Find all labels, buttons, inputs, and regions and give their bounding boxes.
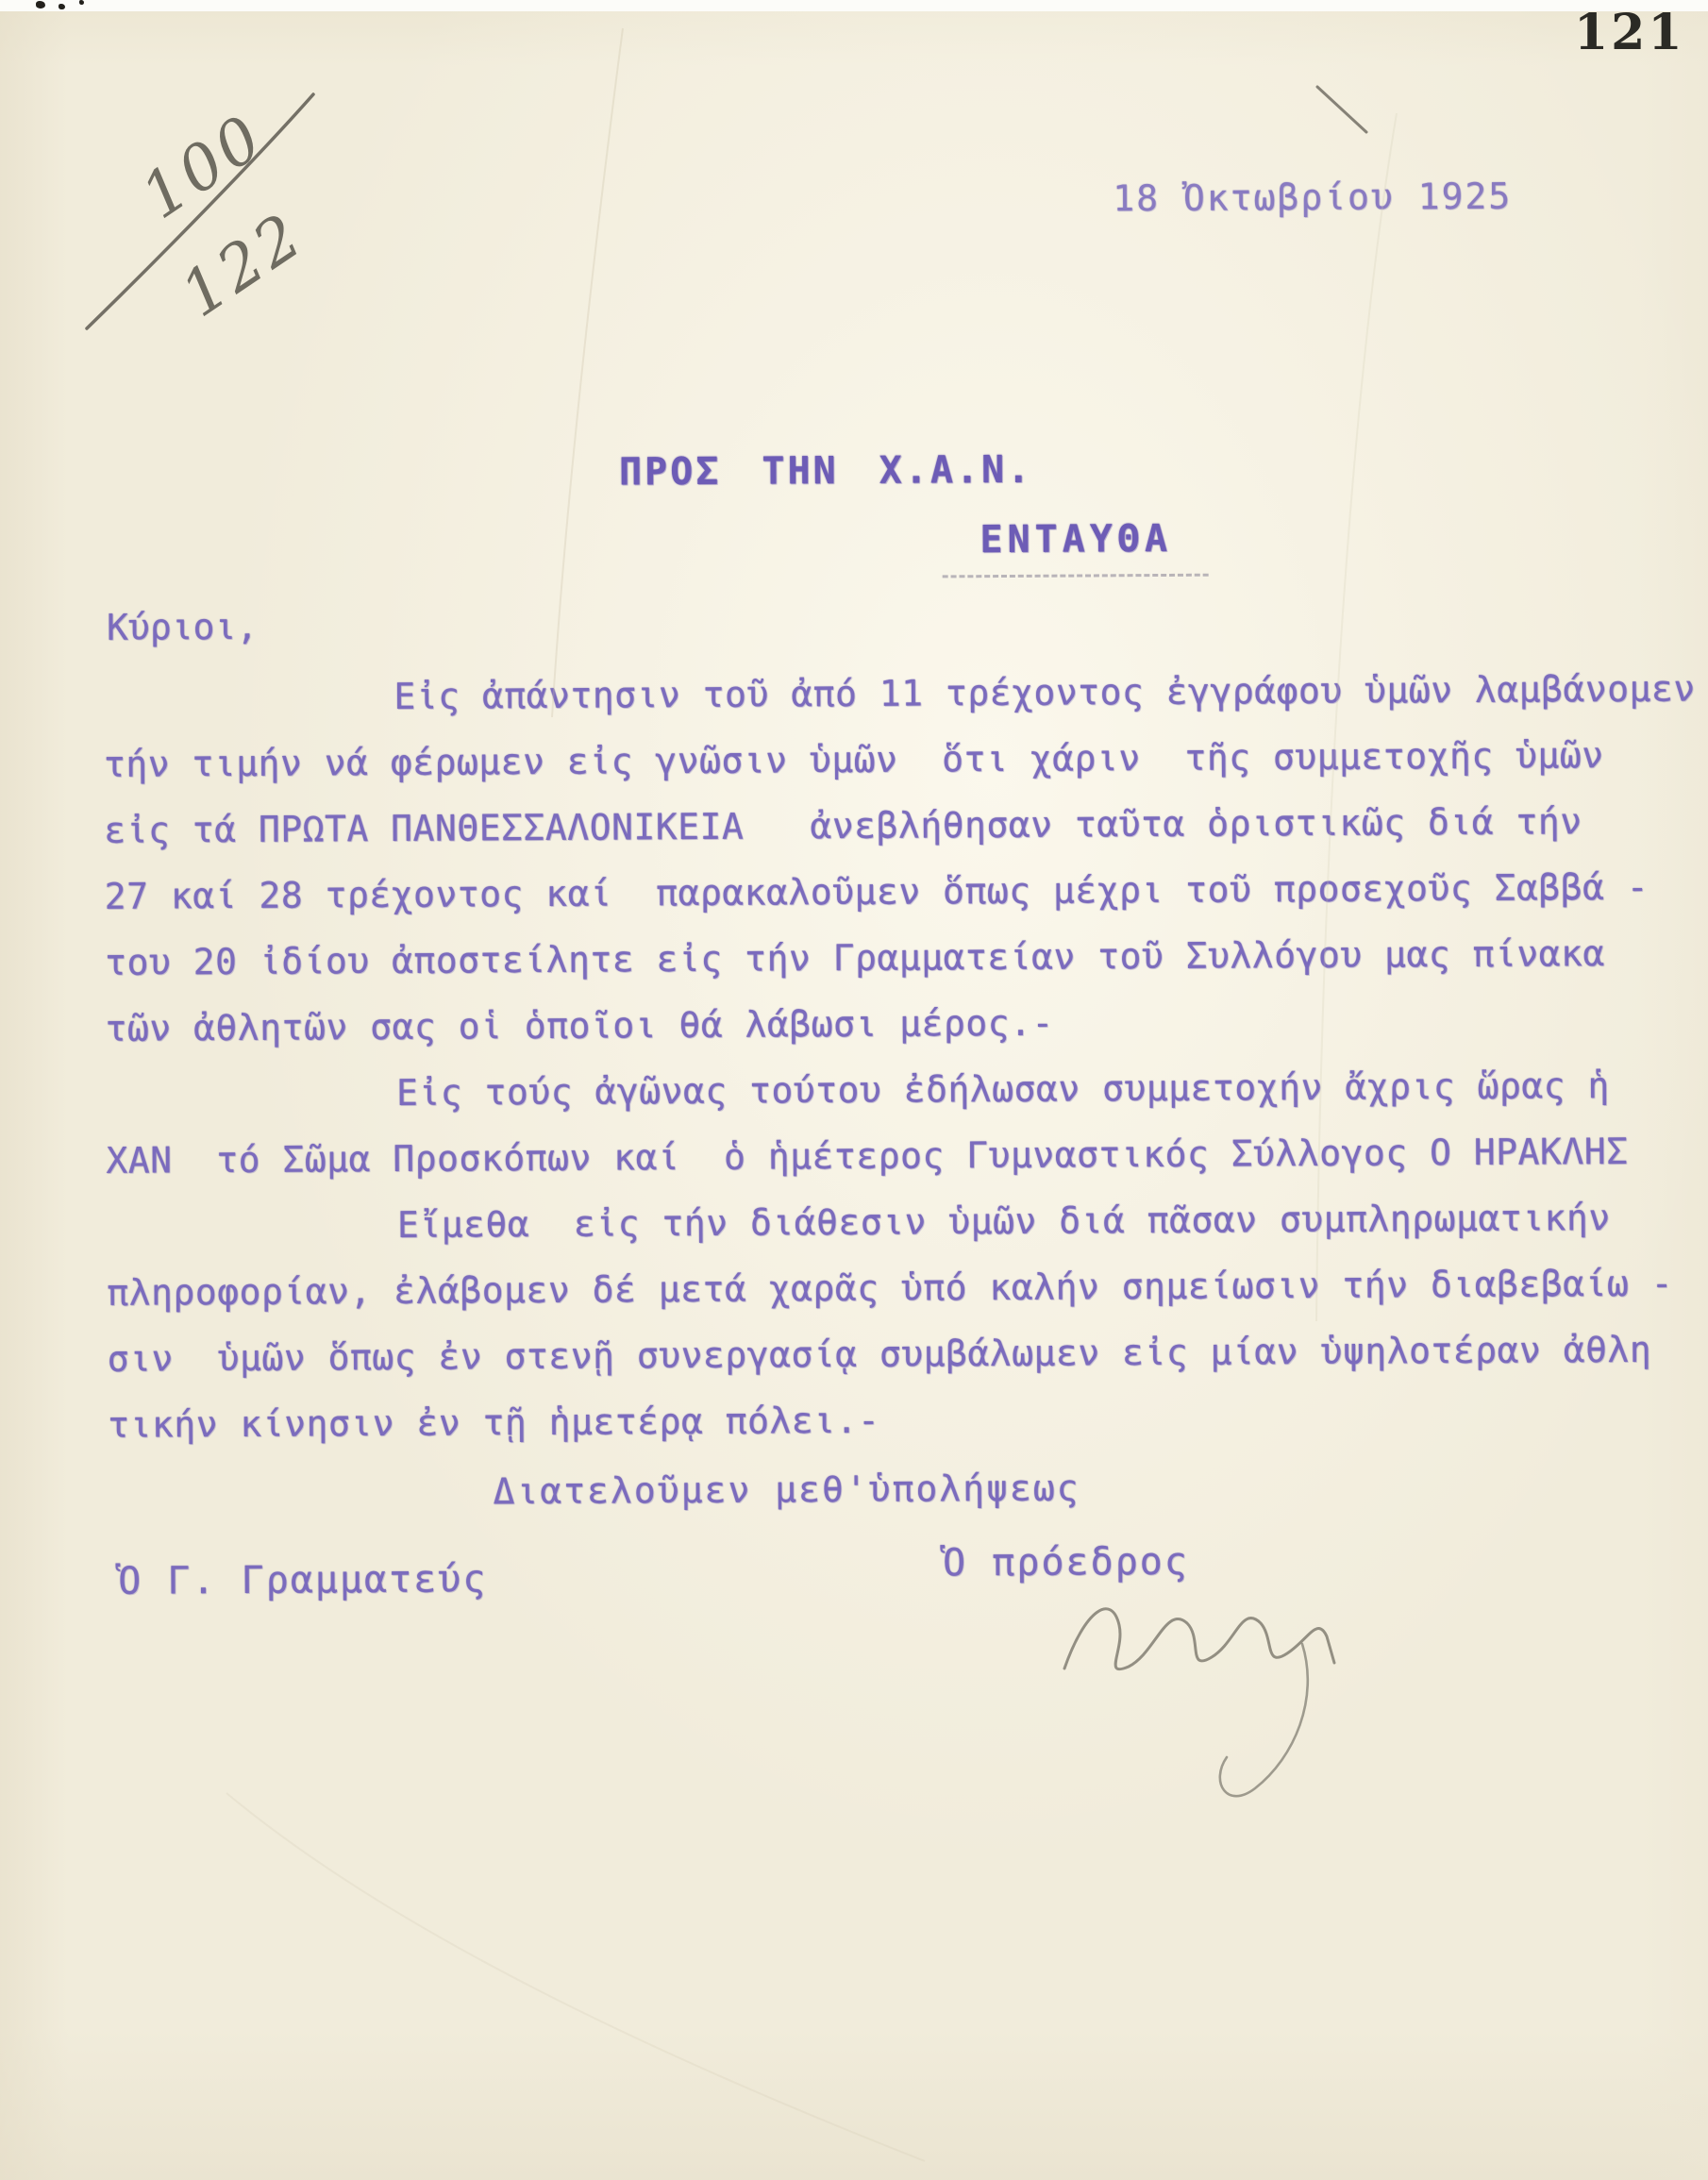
- letter-text-line: 27 καί 28 τρέχοντος καί παρακαλοῦμεν ὅπω…: [105, 854, 1690, 930]
- letter-text-line: Εἴμεθα εἰς τήν διάθεσιν ὑμῶν διά πᾶσαν σ…: [107, 1184, 1692, 1260]
- letter-text-line: τικήν κίνησιν ἐν τῇ ἡμετέρᾳ πόλει.-: [108, 1383, 1693, 1458]
- letter-text-line: τῶν ἀθλητῶν σας οἱ ὁποῖοι θά λάβωσι μέρο…: [105, 986, 1690, 1062]
- letter-body: 18 Ὀκτωβρίου 1925 ΠΡΟΣ ΤΗΝ Χ.Α.Ν. ΕΝΤΑΥΘ…: [0, 0, 1708, 2180]
- letter-text-line: εἰς τά ΠΡΩΤΑ ΠΑΝΘΕΣΣΑΛΟΝΙΚΕΙΑ ἀνεβλήθησα…: [104, 788, 1689, 864]
- letter-text-line: σιν ὑμῶν ὅπως ἐν στενῇ συνεργασίᾳ συμβάλ…: [108, 1316, 1693, 1392]
- letter-text-line: του 20 ἰδίου ἀποστείλητε εἰς τήν Γραμματ…: [105, 920, 1690, 996]
- letter-paragraphs: Εἰς ἀπάντησιν τοῦ ἀπό 11 τρέχοντος ἐγγρά…: [103, 656, 1693, 1458]
- salutation: Κύριοι,: [107, 606, 258, 648]
- closing-line: Διατελοῦμεν μεθ'ὑπολήψεως: [493, 1467, 1080, 1513]
- place-line: ΕΝΤΑΥΘΑ: [980, 517, 1172, 562]
- dashed-underline: [943, 574, 1209, 579]
- letter-text-line: Εἰς τούς ἀγῶνας τούτου ἐδήλωσαν συμμετοχ…: [106, 1052, 1691, 1128]
- letter-text-line: πληροφορίαν, ἐλάβομεν δέ μετά χαρᾶς ὑπό …: [107, 1250, 1692, 1326]
- date-line: 18 Ὀκτωβρίου 1925: [1113, 176, 1512, 220]
- secretary-signature-title: Ὁ Γ. Γραμματεύς: [118, 1557, 488, 1602]
- president-signature-title: Ὁ πρόεδρος: [943, 1540, 1189, 1585]
- letter-text-line: ΧΑΝ τό Σῶμα Προσκόπων καί ὁ ἡμέτερος Γυμ…: [106, 1118, 1691, 1194]
- recipient-line: ΠΡΟΣ ΤΗΝ Χ.Α.Ν.: [619, 448, 1033, 495]
- letter-text-line: Εἰς ἀπάντησιν τοῦ ἀπό 11 τρέχοντος ἐγγρά…: [103, 656, 1688, 731]
- letter-text-line: τήν τιμήν νά φέρωμεν εἰς γνῶσιν ὑμῶν ὅτι…: [104, 722, 1689, 797]
- scanned-letter-page: 121 100 122 18 Ὀκτωβρίου 1925 ΠΡΟΣ ΤΗΝ Χ…: [0, 0, 1708, 2180]
